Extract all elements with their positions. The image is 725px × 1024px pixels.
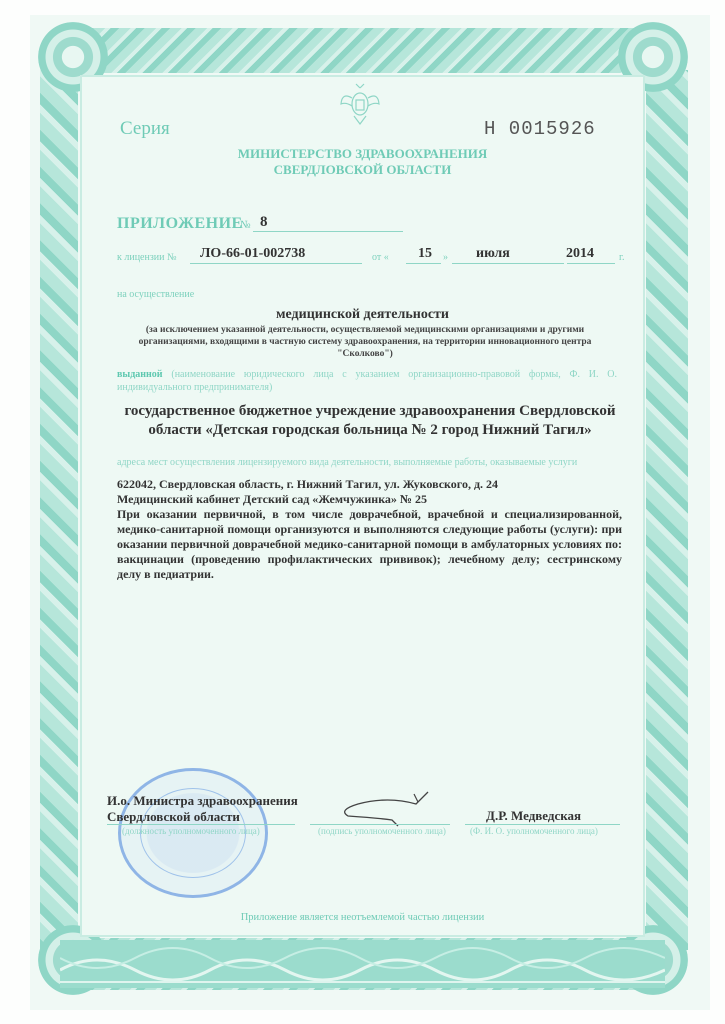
signatory-position-line1: И.о. Министра здравоохранения (107, 793, 298, 809)
signatory-position: И.о. Министра здравоохранения Свердловск… (107, 793, 298, 825)
series-label: Серия (120, 118, 170, 140)
addresses-details: 622042, Свердловская область, г. Нижний … (117, 477, 622, 582)
right-ornament-band (646, 70, 688, 950)
caption-name: (Ф. И. О. уполномоченного лица) (470, 826, 598, 836)
address-line: 622042, Свердловская область, г. Нижний … (117, 477, 622, 492)
month-underline (452, 263, 564, 264)
appendix-number: 8 (260, 214, 268, 231)
license-date-year: 2014 (566, 246, 594, 262)
facility-line: Медицинский кабинет Детский сад «Жемчужи… (117, 492, 622, 507)
license-date-month: июля (476, 246, 510, 262)
issued-label: выданной (117, 369, 163, 380)
appendix-label: ПРИЛОЖЕНИЕ (117, 215, 243, 233)
organization-name: государственное бюджетное учреждение здр… (120, 402, 620, 440)
activity-exclusion-note: (за исключением указанной деятельности, … (120, 324, 610, 360)
license-date-year-suffix: г. (619, 252, 624, 263)
ministry-name-line1: МИНИСТЕРСТВО ЗДРАВООХРАНЕНИЯ (0, 146, 725, 162)
issued-hint: (наименование юридического лица с указан… (117, 369, 617, 393)
series-number: Н 0015926 (484, 118, 596, 140)
position-underline (107, 824, 295, 825)
footer-note: Приложение является неотъемлемой частью … (0, 912, 725, 923)
appendix-number-sign: № (240, 219, 251, 231)
ministry-name-line2: СВЕРДЛОВСКОЙ ОБЛАСТИ (0, 162, 725, 178)
coat-of-arms-icon (338, 82, 382, 126)
license-label: к лицензии № (117, 252, 177, 263)
addresses-label: адреса мест осуществления лицензируемого… (117, 457, 622, 469)
license-date-day: 15 (418, 246, 432, 262)
license-number: ЛО-66-01-002738 (200, 246, 305, 262)
name-underline (465, 824, 620, 825)
activity-label: на осуществление (117, 289, 194, 300)
top-ornament-band (60, 28, 665, 73)
handwritten-signature-icon (318, 788, 438, 828)
day-underline (406, 263, 441, 264)
signature-underline (310, 824, 450, 825)
caption-signature: (подпись уполномоченного лица) (318, 826, 446, 836)
left-ornament-band (40, 70, 78, 950)
guilloche-pattern-icon (60, 940, 665, 988)
signatory-position-line2: Свердловской области (107, 809, 298, 825)
license-date-day-close: » (443, 252, 448, 263)
activity-title: медицинской деятельности (0, 307, 725, 323)
organization-name-line1: государственное бюджетное учреждение здр… (120, 402, 620, 421)
caption-position: (должность уполномоченного лица) (122, 826, 260, 836)
appendix-number-underline (253, 231, 403, 232)
year-underline (567, 263, 615, 264)
license-date-from-label: от « (372, 252, 389, 263)
services-description: При оказании первичной, в том числе довр… (117, 507, 622, 582)
signer-name: Д.Р. Медведская (486, 808, 581, 824)
issued-to-block: выданной (наименование юридического лица… (117, 368, 617, 394)
organization-name-line2: области «Детская городская больница № 2 … (120, 421, 620, 440)
license-number-underline (190, 263, 362, 264)
